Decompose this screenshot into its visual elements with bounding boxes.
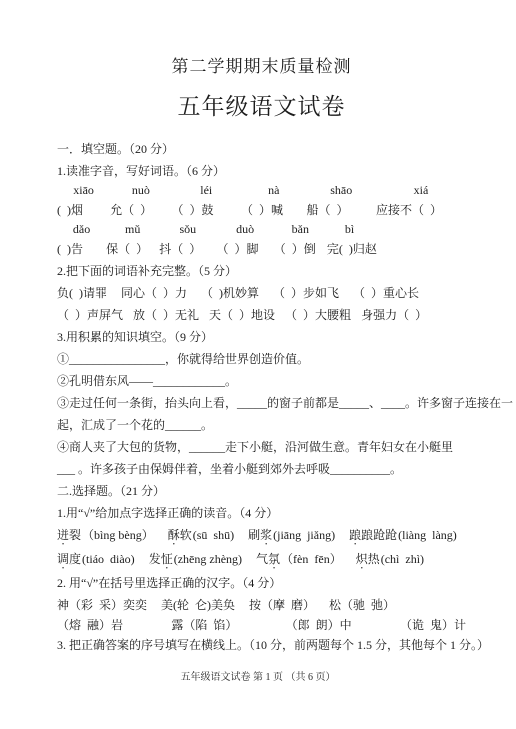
dotted-char: 酥 (168, 528, 180, 542)
blank-word-cell: （ ）脚 (216, 238, 273, 260)
blank-word-cell: 应接不（ ） (376, 199, 466, 221)
pinyin-cell: nuò (110, 182, 171, 199)
blank-word-cell: （ ）喊 (241, 199, 306, 221)
character-choice-item: 神（彩 采）奕奕 (57, 594, 147, 616)
character-choice-row-1: 神（彩 采）奕奕 美(轮 仑)美奂 按（摩 磨） 松（驰 弛） (57, 594, 466, 616)
fill-blank-line-2: ②孔明借东风——____________。 (57, 370, 466, 392)
pinyin-cell: nà (241, 182, 306, 199)
idiom-blank-item: 负( )请罪 (57, 282, 107, 304)
idiom-blank-item: （ ）步如飞 (273, 282, 339, 304)
dotted-char: 浆 (260, 528, 272, 542)
idiom-row-1: 负( )请罪 同心（ ）力 （ )机妙算 （ ）步如飞 （ ）重心长 (57, 282, 466, 304)
s2-q1-label: 1.用“√”给加点字选择正确的读音。（4 分） (57, 502, 466, 524)
idiom-row-2: （ ）声屏气 放（ ）无礼 天（ ）地设 （ ）大腰粗 身强力（ ） (57, 304, 466, 326)
blank-word-cell: 船（ ） (306, 199, 376, 221)
character-choice-item: 美(轮 仑)美奂 (161, 594, 235, 616)
character-choice-item: 露（陷 馅） (171, 616, 237, 634)
pinyin-word-grid-2: dǎo mǔ sǒu duò bǎn bì ( )告 保（ ） 抖（ ） （ ）… (57, 221, 466, 260)
pinyin-cell: bì (327, 221, 466, 238)
blank-word-cell: 保（ ） (106, 238, 159, 260)
pinyin-cell: sǒu (159, 221, 216, 238)
blank-word-cell: 允（ ） (110, 199, 171, 221)
dotted-char: 迸 (57, 528, 69, 542)
pinyin-row: xiāo nuò léi nà shāo xiá (57, 182, 466, 199)
s1-q3-label: 3.用积累的知识填空。（9 分） (57, 326, 466, 348)
pronunciation-item: 炽热(chì zhì) (356, 548, 424, 572)
idiom-blank-item: 天（ ）地设 (209, 304, 275, 326)
pinyin-cell: dǎo (57, 221, 106, 238)
pinyin-cell: mǔ (106, 221, 159, 238)
character-choice-item: （熔 融）岩 (57, 616, 123, 634)
pinyin-options: (liàng làng) (398, 528, 457, 542)
dotted-char: 炽 (356, 552, 368, 566)
pinyin-cell: duò (216, 221, 273, 238)
character-choice-item: 按（摩 磨） (249, 594, 315, 616)
pinyin-options: (sū shū) (193, 528, 234, 542)
idiom-blank-item: （ ）声屏气 (57, 304, 123, 326)
dotted-char: 氛 (268, 552, 280, 566)
s1-q1-label: 1.读准字音，写好词语。（6 分） (57, 160, 466, 182)
dotted-char: 调 (57, 552, 69, 566)
fill-blank-line-3b: 起，汇成了一个花的______。 (57, 414, 466, 436)
pronunciation-item: 刷浆(jiāng jiǎng) (248, 524, 335, 548)
idiom-blank-item: （ )机妙算 (201, 282, 259, 304)
pinyin-cell: léi (172, 182, 242, 199)
pronunciation-item: 迸裂（bìng bèng） (57, 524, 154, 548)
blank-word-cell: （ ）倒 (274, 238, 327, 260)
pronunciation-item: 发怔(zhēng zhèng) (149, 548, 242, 572)
pinyin-cell: xiāo (57, 182, 110, 199)
pronunciation-row-2: 调度(tiáo diào) 发怔(zhēng zhèng) 气氛（fèn fēn… (57, 548, 466, 572)
blank-word-cell: 完( )归赵 (327, 238, 466, 260)
s1-q2-label: 2.把下面的词语补充完整。（5 分） (57, 260, 466, 282)
s2-q3-label: 3. 把正确答案的序号填写在横线上。（10 分，前两题每个 1.5 分，其他每个… (57, 634, 466, 656)
character-choice-item: （诡 鬼）计 (400, 616, 466, 634)
fill-blank-line-1: ①________________，你就得给世界创造价值。 (57, 348, 466, 370)
exam-page: 第二学期期末质量检测 五年级语文试卷 一．填空题。（20 分） 1.读准字音，写… (0, 0, 516, 729)
pinyin-cell: xiá (376, 182, 466, 199)
pinyin-options: (zhēng zhèng) (174, 552, 242, 566)
dotted-char: 踉 (349, 528, 361, 542)
section-1-heading: 一．填空题。（20 分） (57, 138, 466, 160)
pinyin-options: (chì zhì) (381, 552, 424, 566)
idiom-blank-item: 同心（ ）力 (121, 282, 187, 304)
pinyin-cell: shāo (306, 182, 376, 199)
idiom-blank-item: （ ）大腰粗 (285, 304, 351, 326)
pinyin-options: （fèn fēn） (281, 552, 342, 566)
idiom-blank-item: （ ）重心长 (353, 282, 419, 304)
pronunciation-item: 踉踉跄跄(liàng làng) (349, 524, 457, 548)
blank-word-row: ( )告 保（ ） 抖（ ） （ ）脚 （ ）倒 完( )归赵 (57, 238, 466, 260)
idiom-blank-item: 放（ ）无礼 (133, 304, 199, 326)
page-footer: 五年级语文试卷 第 1 页 （共 6 页） (0, 671, 516, 685)
pronunciation-item: 酥软(sū shū) (168, 524, 234, 548)
character-choice-item: （郎 朗）中 (286, 616, 352, 634)
pronunciation-item: 调度(tiáo diào) (57, 548, 135, 572)
pronunciation-item: 气氛（fèn fēn） (256, 548, 342, 572)
character-choice-row-2: （熔 融）岩 露（陷 馅） （郎 朗）中 （诡 鬼）计 (57, 616, 466, 634)
pinyin-cell: bǎn (274, 221, 327, 238)
fill-blank-line-4a: ④商人夹了大包的货物，______走下小艇，沿河做生意。青年妇女在小艇里 (57, 436, 466, 458)
pinyin-row: dǎo mǔ sǒu duò bǎn bì (57, 221, 466, 238)
pinyin-word-grid-1: xiāo nuò léi nà shāo xiá ( )烟 允（ ） （ ）鼓 … (57, 182, 466, 221)
pinyin-options: (tiáo diào) (82, 552, 135, 566)
fill-blank-line-3a: ③走过任何一条街，抬头向上看，_____的窗子前都是_____、____。许多窗… (57, 392, 466, 414)
section-2-heading: 二.选择题。（21 分） (57, 480, 466, 502)
fill-blank-line-4b: ___ 。许多孩子由保姆伴着，坐着小艇到郊外去呼吸__________。 (57, 458, 466, 480)
blank-word-cell: ( )烟 (57, 199, 110, 221)
blank-word-row: ( )烟 允（ ） （ ）鼓 （ ）喊 船（ ） 应接不（ ） (57, 199, 466, 221)
pinyin-options: (jiāng jiǎng) (273, 528, 335, 542)
idiom-blank-item: 身强力（ ） (361, 304, 427, 326)
pronunciation-row-1: 迸裂（bìng bèng） 酥软(sū shū) 刷浆(jiāng jiǎng)… (57, 524, 466, 548)
blank-word-cell: （ ）鼓 (172, 199, 242, 221)
s2-q2-label: 2. 用“√”在括号里选择正确的汉字。（4 分） (57, 572, 466, 594)
blank-word-cell: 抖（ ） (159, 238, 216, 260)
exam-title: 五年级语文试卷 (57, 92, 466, 122)
character-choice-item: 松（驰 弛） (329, 594, 395, 616)
exam-subtitle: 第二学期期末质量检测 (57, 56, 466, 78)
dotted-char: 怔 (161, 552, 173, 566)
blank-word-cell: ( )告 (57, 238, 106, 260)
pinyin-options: （bìng bèng） (82, 528, 154, 542)
